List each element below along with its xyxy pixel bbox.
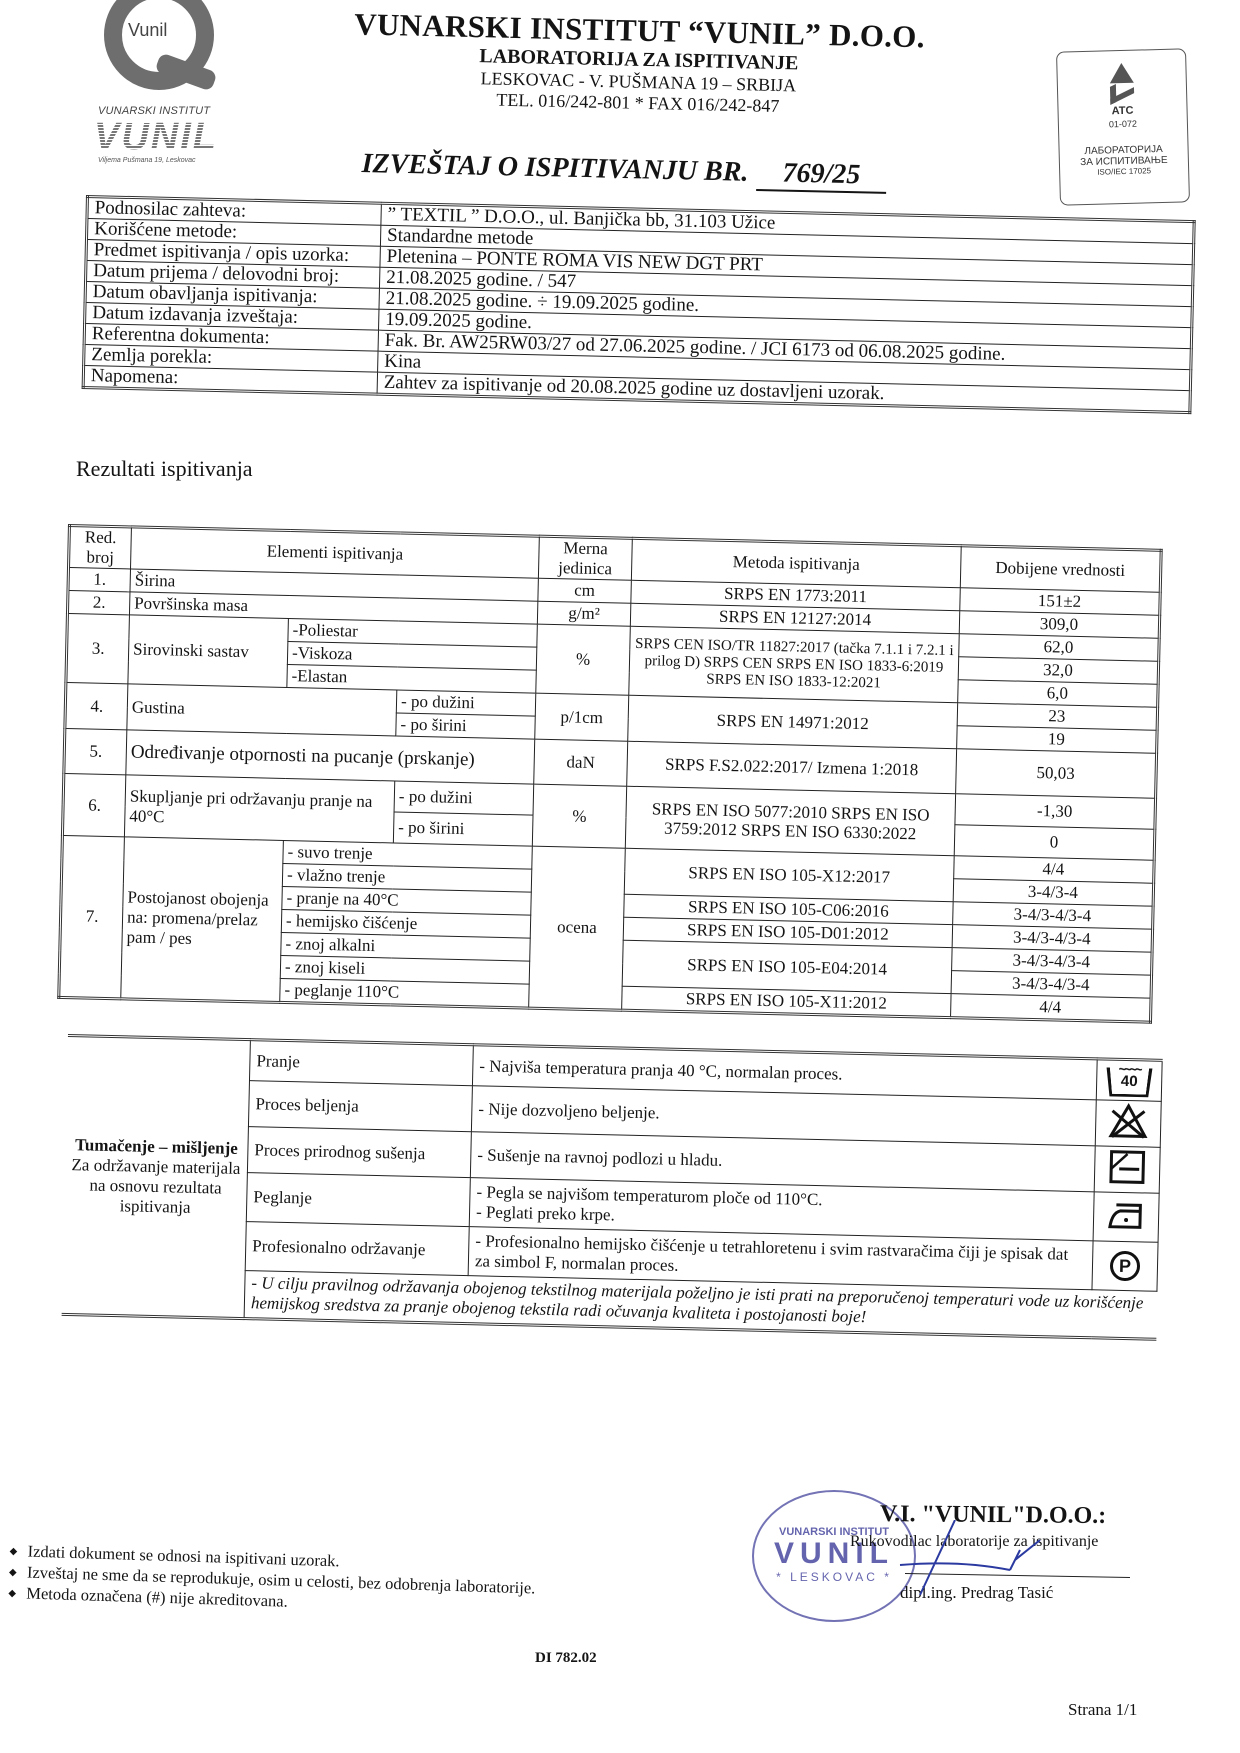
row-method: SRPS CEN ISO/TR 11827:2017 (tačka 7.1.1 … — [629, 626, 959, 702]
header-unit: Merna jedinica — [538, 536, 632, 580]
row-value: 0 — [954, 825, 1155, 861]
logo-emblem-text: Vunil — [128, 20, 167, 41]
results-table: Red. broj Elementi ispitivanja Merna jed… — [57, 524, 1177, 1024]
accreditation-badge: ATC 01-072 ЛАБОРАТОРИЈА ЗА ИСПИТИВАЊЕ IS… — [1056, 48, 1190, 205]
atc-logo-icon — [1103, 63, 1140, 104]
row-element: Skupljanje pri održavanju pranje na 40°C — [124, 775, 394, 843]
care-param: Profesionalno održavanje — [245, 1222, 469, 1276]
row-unit: % — [532, 784, 626, 848]
logo-address: Viljema Pušmana 19, Leskovac — [98, 157, 196, 164]
row-num: 5. — [64, 728, 127, 774]
row-value: 4/4 — [951, 994, 1151, 1023]
atc-name: ATC — [1058, 103, 1186, 118]
row-num: 2. — [67, 591, 130, 615]
no-bleach-icon — [1095, 1100, 1161, 1147]
atc-standard: ISO/IEC 17025 — [1060, 165, 1188, 177]
interpretation-label: Tumačenje – mišljenje Za održavanje mate… — [62, 1035, 251, 1318]
row-num: 1. — [68, 568, 131, 592]
handwritten-signature — [840, 1520, 1140, 1600]
report-page: Vunil VUNARSKI INSTITUT VUNIL Viljema Pu… — [0, 0, 1240, 1753]
row-unit: cm — [538, 578, 631, 603]
care-param: Pranje — [249, 1040, 473, 1086]
institute-logo: Vunil VUNARSKI INSTITUT VUNIL Viljema Pu… — [86, 0, 236, 165]
row-element: Postojanost obojenja na: promena/prelaz … — [121, 837, 284, 1003]
row-sub-element: - peglanje 110°C — [280, 978, 529, 1008]
care-interpretation: Tumačenje – mišljenje Za održavanje mate… — [62, 1034, 1178, 1341]
row-unit: g/m² — [537, 601, 630, 626]
row-element: Sirovinski sastav — [128, 615, 289, 688]
row-method: SRPS EN 14971:2012 — [628, 695, 958, 748]
iron-low-icon — [1093, 1192, 1159, 1242]
dry-clean-p-icon: P — [1092, 1241, 1158, 1291]
row-value: -1,30 — [955, 794, 1156, 830]
row-value: 50,03 — [956, 749, 1157, 799]
row-unit: ocena — [529, 846, 626, 1010]
row-unit: % — [536, 624, 631, 695]
request-info-table: Podnosilac zahteva:” TEXTIL ” D.O.O., ul… — [82, 195, 1206, 414]
row-element: Gustina — [127, 684, 397, 736]
row-num: 4. — [65, 682, 128, 729]
letterhead: VUNARSKI INSTITUT “VUNIL” D.O.O. LABORAT… — [338, 6, 940, 121]
care-param: Proces beljenja — [248, 1081, 472, 1132]
header-method: Metoda ispitivanja — [631, 538, 961, 587]
row-unit: daN — [534, 739, 628, 786]
header-value: Dobijene vrednosti — [960, 546, 1161, 593]
row-sub-element: - po dužini — [394, 781, 534, 815]
row-num: 3. — [66, 614, 130, 684]
row-unit: p/1cm — [535, 693, 629, 741]
row-sub-element: - po širini — [396, 713, 535, 739]
table-header-row: Red. broj Elementi ispitivanja Merna jed… — [69, 526, 1161, 551]
interpretation-subtitle: Za održavanje materijala na osnovu rezul… — [70, 1155, 241, 1219]
care-param: Peglanje — [246, 1173, 470, 1227]
document-code: DI 782.02 — [535, 1650, 597, 1667]
row-num: 7. — [59, 835, 125, 998]
atc-code: 01-072 — [1059, 117, 1187, 130]
page-number: Strana 1/1 — [1068, 1700, 1137, 1720]
row-method: SRPS EN ISO 105-X12:2017 — [624, 848, 954, 901]
row-method: SRPS F.S2.022:2017/ Izmena 1:2018 — [627, 741, 957, 793]
dry-flat-shade-icon — [1094, 1146, 1160, 1193]
report-title-text: IZVEŠTAJ O ISPITIVANJU BR. — [361, 148, 749, 188]
row-num: 6. — [62, 773, 125, 836]
row-sub-element: - po širini — [393, 812, 533, 846]
logo-brand: VUNIL — [94, 116, 218, 159]
header-num: Red. broj — [69, 526, 132, 569]
row-method: SRPS EN ISO 5077:2010 SRPS EN ISO 3759:2… — [625, 786, 955, 855]
report-title: IZVEŠTAJ O ISPITIVANJU BR.769/25 — [361, 148, 887, 194]
row-method: SRPS EN ISO 105-E04:2014 — [622, 940, 952, 993]
care-param: Proces prirodnog sušenja — [247, 1127, 471, 1178]
wash-40-icon: 40 — [1096, 1059, 1162, 1101]
footer-notes: Izdati dokument se odnosi na ispitivani … — [8, 1540, 536, 1620]
results-title: Rezultati ispitivanja — [76, 456, 253, 482]
row-sub-element: - po dužini — [396, 690, 535, 716]
dry-clean-letter: P — [1110, 1251, 1141, 1282]
report-number: 769/25 — [756, 157, 887, 194]
wash-temp: 40 — [1107, 1067, 1153, 1097]
